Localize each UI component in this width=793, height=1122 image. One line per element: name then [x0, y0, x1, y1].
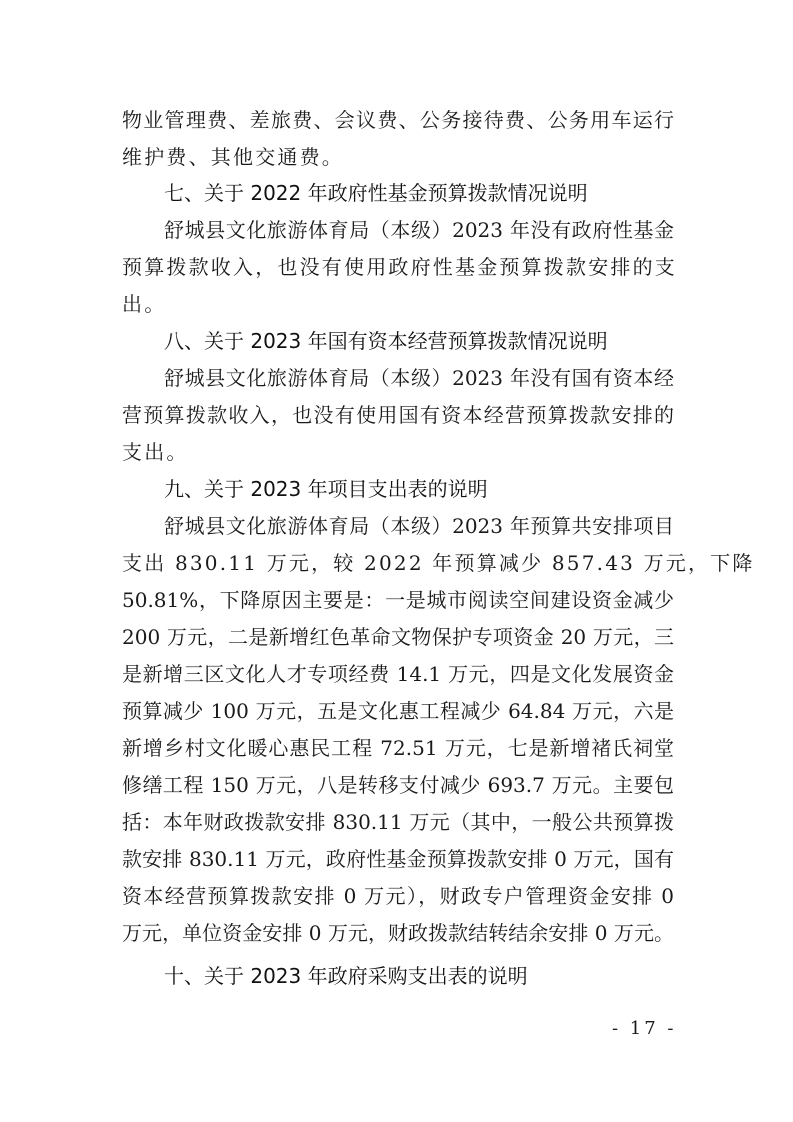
section-heading-9: 九、关于 2023 年项目支出表的说明 — [164, 476, 488, 502]
body-line: 舒城县文化旅游体育局（本级）2023 年没有政府性基金 — [164, 217, 674, 243]
body-line: 维护费、其他交通费。 — [122, 144, 674, 170]
body-line: 物业管理费、差旅费、会议费、公务接待费、公务用车运行 — [122, 107, 674, 133]
body-line: 50.81%，下降原因主要是：一是城市阅读空间建设资金减少 — [122, 587, 674, 613]
body-line: 预算减少 100 万元，五是文化惠工程减少 64.84 万元，六是 — [122, 698, 674, 724]
body-line: 资本经营预算拨款安排 0 万元），财政专户管理资金安排 0 — [122, 883, 674, 909]
body-line: 万元，单位资金安排 0 万元，财政拨款结转结余安排 0 万元。 — [122, 920, 674, 946]
body-line: 支出 830.11 万元，较 2022 年预算减少 857.43 万元，下降 — [122, 550, 674, 576]
section-heading-7: 七、关于 2022 年政府性基金预算拨款情况说明 — [164, 180, 588, 206]
body-line: 200 万元，二是新增红色革命文物保护专项资金 20 万元，三 — [122, 624, 674, 650]
body-line: 是新增三区文化人才专项经费 14.1 万元，四是文化发展资金 — [122, 661, 674, 687]
document-page: 物业管理费、差旅费、会议费、公务接待费、公务用车运行 维护费、其他交通费。 七、… — [0, 0, 793, 1122]
body-line: 款安排 830.11 万元，政府性基金预算拨款安排 0 万元，国有 — [122, 846, 674, 872]
body-line: 支出。 — [122, 439, 674, 465]
body-line: 舒城县文化旅游体育局（本级）2023 年预算共安排项目 — [164, 513, 674, 539]
body-line: 舒城县文化旅游体育局（本级）2023 年没有国有资本经 — [164, 365, 674, 391]
page-number: - 17 - — [612, 1018, 677, 1040]
body-line: 出。 — [122, 291, 674, 317]
body-line: 营预算拨款收入，也没有使用国有资本经营预算拨款安排的 — [122, 402, 674, 428]
section-heading-10: 十、关于 2023 年政府采购支出表的说明 — [164, 963, 528, 989]
section-heading-8: 八、关于 2023 年国有资本经营预算拨款情况说明 — [164, 328, 608, 354]
body-line: 新增乡村文化暖心惠民工程 72.51 万元，七是新增褚氏祠堂 — [122, 735, 674, 761]
body-line: 修缮工程 150 万元，八是转移支付减少 693.7 万元。主要包 — [122, 772, 674, 798]
body-line: 括：本年财政拨款安排 830.11 万元（其中，一般公共预算拨 — [122, 809, 674, 835]
body-line: 预算拨款收入，也没有使用政府性基金预算拨款安排的支 — [122, 254, 674, 280]
